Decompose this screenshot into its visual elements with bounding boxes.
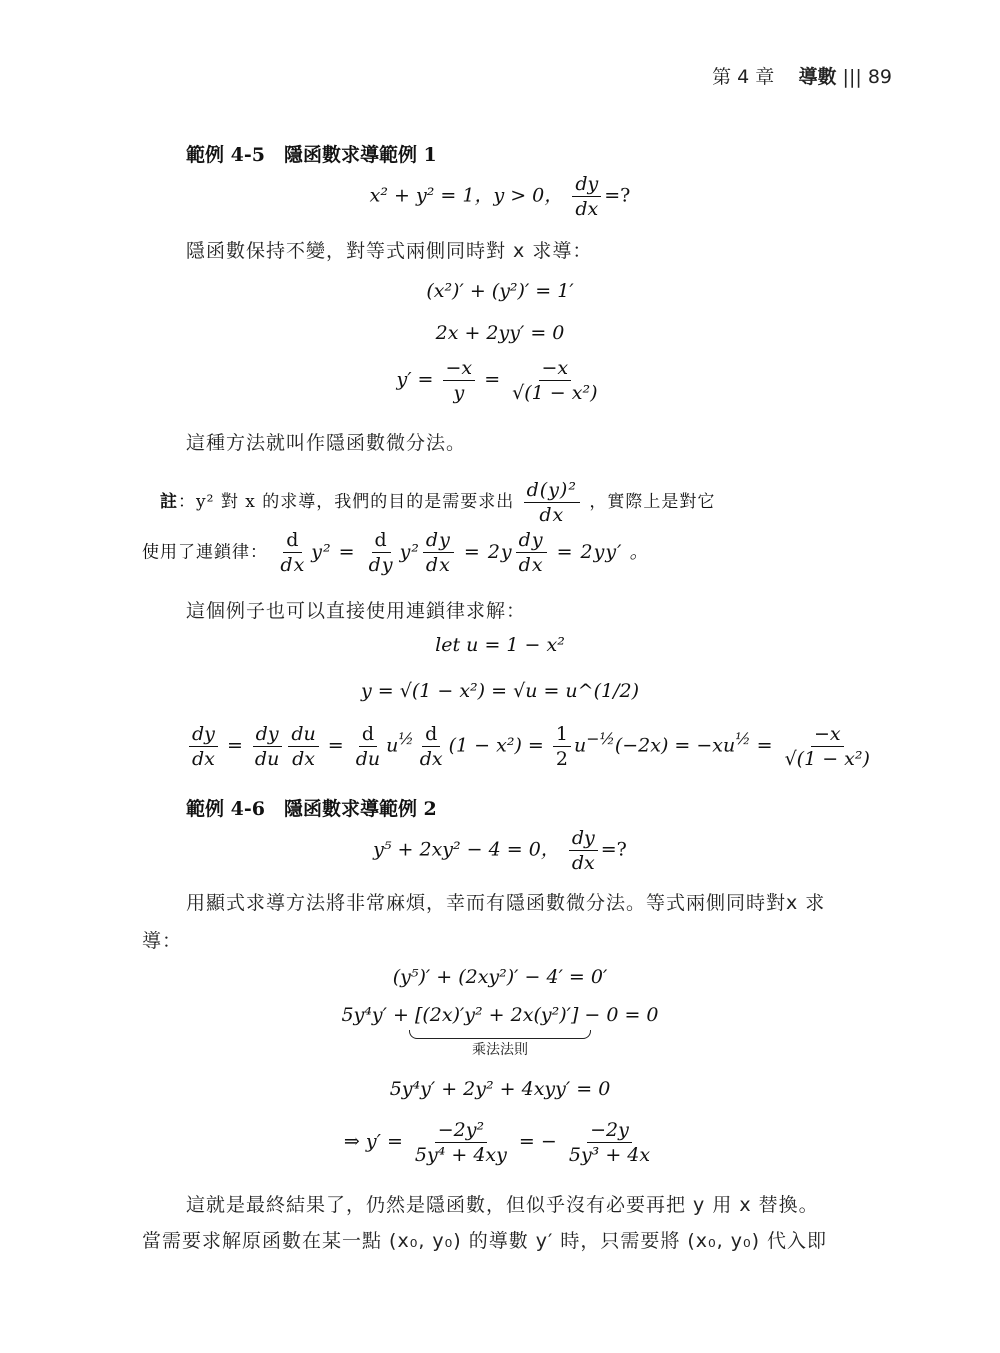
example-4-6-intro-2: 導：	[142, 926, 182, 953]
example-4-6-intro-1: 用顯式求導方法將非常麻煩，幸而有隱函數微分法。等式兩側同時對x 求	[186, 888, 825, 915]
example-4-5-conclusion: 這種方法就叫作隱函數微分法。	[186, 428, 466, 455]
example-4-6-problem: y⁵ + 2xy² − 4 = 0， dydx=?	[0, 826, 1000, 875]
chain-step-3: dydx = dydududx = dduu½ddx(1 − x²) = 12u…	[186, 722, 876, 771]
brace-label: 乘法法則	[0, 1039, 1000, 1059]
closing-line-2: 當需要求解原函數在某一點 (x₀, y₀) 的導數 y′ 時，只需要將 (x₀,…	[142, 1226, 827, 1253]
note-line-1: 註：y² 對 x 的求導，我們的目的是需要求出 d(y)²dx ，實際上是對它	[160, 478, 715, 527]
example-4-5-problem: x² + y² = 1，y > 0， dydx=?	[0, 172, 1000, 221]
chain-step-2: y = √(1 − x²) = √u = u^(1/2)	[0, 680, 1000, 702]
ex6-step-3: 5y⁴y′ + 2y² + 4xyy′ = 0	[0, 1078, 1000, 1100]
running-header: 第 4 章 導數 ||| 89	[712, 62, 892, 89]
step-3: y′ = −xy = −x√(1 − x²)	[0, 356, 1000, 405]
ex6-step-4: ⇒ y′ = −2y²5y⁴ + 4xy = − −2y5y³ + 4x	[0, 1118, 1000, 1167]
ex6-step-1: (y⁵)′ + (2xy²)′ − 4′ = 0′	[0, 966, 1000, 988]
product-rule-brace: 乘法法則	[0, 1030, 1000, 1059]
example-4-5-heading: 範例 4-5 隱函數求導範例 1	[186, 140, 437, 167]
ex6-step-2: 5y⁴y′ + [(2x)′y² + 2x(y²)′] − 0 = 0	[0, 1004, 1000, 1026]
chapter-label: 第 4 章	[712, 66, 774, 88]
header-separator: |||	[843, 66, 862, 88]
example-4-5-intro: 隱函數保持不變，對等式兩側同時對 x 求導：	[186, 236, 592, 263]
step-2: 2x + 2yy′ = 0	[0, 322, 1000, 344]
note-label: 註	[160, 492, 178, 512]
chain-step-1: let u = 1 − x²	[0, 634, 1000, 656]
chapter-title: 導數	[798, 66, 836, 88]
chain-rule-intro: 這個例子也可以直接使用連鎖律求解：	[186, 596, 526, 623]
step-1: (x²)′ + (y²)′ = 1′	[0, 280, 1000, 302]
page-number: 89	[868, 66, 892, 88]
example-4-6-heading: 範例 4-6 隱函數求導範例 2	[186, 794, 437, 821]
closing-line-1: 這就是最終結果了，仍然是隱函數，但似乎沒有必要再把 y 用 x 替換。	[186, 1190, 819, 1217]
note-line-2: 使用了連鎖律： ddxy² = ddyy²dydx = 2ydydx = 2yy…	[142, 528, 649, 577]
